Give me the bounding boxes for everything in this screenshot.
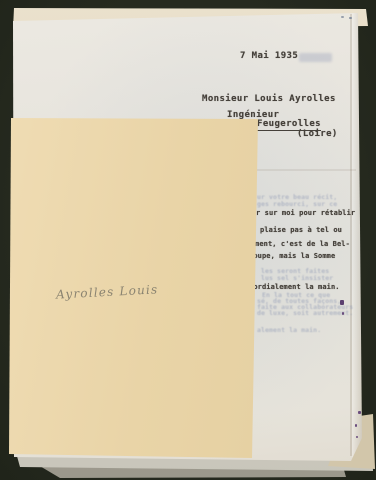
scanned-letter-stack: 7 Mai 1935 Monsieur Louis Ayrolles Ingén… xyxy=(0,0,376,480)
recipient-name: Monsieur Louis Ayrolles xyxy=(202,94,336,104)
letter-vertical-fold xyxy=(350,14,352,456)
bleedthrough-line: lus sel s'insister xyxy=(261,274,333,282)
edge-mark xyxy=(341,16,344,18)
date-ghost-smear xyxy=(299,53,332,62)
ink-speck xyxy=(358,411,361,414)
body-fragment: cordialement la main. xyxy=(249,283,340,291)
ink-speck xyxy=(355,424,357,427)
ink-speck xyxy=(356,436,358,438)
ink-speck xyxy=(340,300,344,305)
bleedthrough-line: de luxe, soit autrement. xyxy=(257,309,353,317)
letter-date: 7 Mai 1935 xyxy=(240,51,298,61)
recipient-department: (Loire) xyxy=(297,129,338,139)
edge-mark xyxy=(349,17,352,19)
bleedthrough-line: ges rebourci, sur ce xyxy=(257,200,337,208)
handwritten-note: Ayrolles Louis xyxy=(56,282,159,301)
body-fragment: plaise pas à tel ou xyxy=(260,226,342,234)
bleedthrough-line: alement la main. xyxy=(257,326,321,334)
body-fragment: r sur moi pour rétablir xyxy=(256,209,355,217)
body-fragment: ment, c'est de la Bel- xyxy=(255,240,350,248)
ink-speck xyxy=(342,312,344,315)
body-fragment: coupe, mais la Somme xyxy=(249,252,335,260)
